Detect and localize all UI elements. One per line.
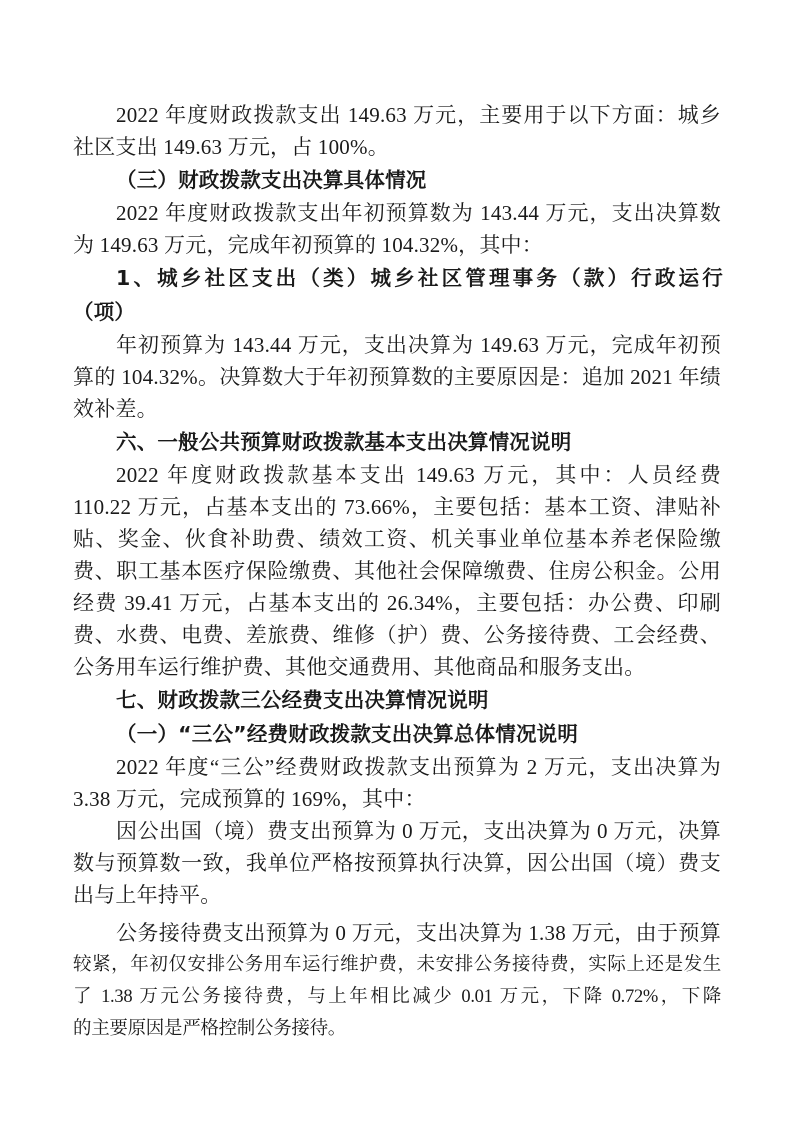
section-heading-urban-rural-admin: 1、城乡社区支出（类）城乡社区管理事务（款）行政运行 （项） xyxy=(73,261,721,329)
text-line: 110.22 万元，占基本支出的 73.66%，主要包括：基本工资、津贴补 xyxy=(73,491,721,523)
paragraph-budget-completion: 2022 年度财政拨款支出年初预算数为 143.44 万元，支出决算数 为 14… xyxy=(73,197,721,261)
section-heading-fiscal-details: （三）财政拨款支出决算具体情况 xyxy=(73,163,721,197)
text-line: 算的 104.32%。决算数大于年初预算数的主要原因是：追加 2021 年绩 xyxy=(73,361,721,393)
subsection-heading-three-public-overall: （一）“三公”经费财政拨款支出决算总体情况说明 xyxy=(73,717,721,751)
heading-line: （项） xyxy=(73,295,721,329)
text-line: 2022 年度财政拨款基本支出 149.63 万元，其中：人员经费 xyxy=(73,459,721,491)
section-heading-basic-expenditure: 六、一般公共预算财政拨款基本支出决算情况说明 xyxy=(73,425,721,459)
text-line: 贴、奖金、伙食补助费、绩效工资、机关事业单位基本养老保险缴 xyxy=(73,523,721,555)
text-line: 较紧，年初仅安排公务用车运行维护费，未安排公务接待费，实际上还是发生 xyxy=(73,949,721,981)
heading-line: 1、城乡社区支出（类）城乡社区管理事务（款）行政运行 xyxy=(73,261,721,295)
paragraph-expenditure-summary: 2022 年度财政拨款支出 149.63 万元，主要用于以下方面：城乡 社区支出… xyxy=(73,99,721,163)
text-line: 2022 年度财政拨款支出年初预算数为 143.44 万元，支出决算数 xyxy=(73,197,721,229)
text-line: 的主要原因是严格控制公务接待。 xyxy=(73,1013,721,1045)
paragraph-three-public-overall: 2022 年度“三公”经费财政拨款支出预算为 2 万元，支出决算为 3.38 万… xyxy=(73,751,721,815)
paragraph-basic-expenditure: 2022 年度财政拨款基本支出 149.63 万元，其中：人员经费 110.22… xyxy=(73,459,721,683)
text-line: 为 149.63 万元，完成年初预算的 104.32%，其中： xyxy=(73,229,721,261)
text-line: 费、水费、电费、差旅费、维修（护）费、公务接待费、工会经费、 xyxy=(73,619,721,651)
paragraph-overseas-travel: 因公出国（境）费支出预算为 0 万元，支出决算为 0 万元，决算 数与预算数一致… xyxy=(73,815,721,911)
paragraph-official-reception: 公务接待费支出预算为 0 万元，支出决算为 1.38 万元，由于预算 较紧，年初… xyxy=(73,917,721,1045)
section-heading-three-public: 七、财政拨款三公经费支出决算情况说明 xyxy=(73,683,721,717)
text-line: 因公出国（境）费支出预算为 0 万元，支出决算为 0 万元，决算 xyxy=(73,815,721,847)
text-line: 数与预算数一致，我单位严格按预算执行决算，因公出国（境）费支 xyxy=(73,847,721,879)
text-line: 出与上年持平。 xyxy=(73,879,721,911)
text-line: 效补差。 xyxy=(73,393,721,425)
paragraph-admin-operation: 年初预算为 143.44 万元，支出决算为 149.63 万元，完成年初预 算的… xyxy=(73,329,721,425)
text-line: 3.38 万元，完成预算的 169%，其中： xyxy=(73,783,721,815)
text-line: 公务用车运行维护费、其他交通费用、其他商品和服务支出。 xyxy=(73,651,721,683)
text-line: 年初预算为 143.44 万元，支出决算为 149.63 万元，完成年初预 xyxy=(73,329,721,361)
document-page: 2022 年度财政拨款支出 149.63 万元，主要用于以下方面：城乡 社区支出… xyxy=(73,99,721,1045)
text-line: 社区支出 149.63 万元，占 100%。 xyxy=(73,131,721,163)
text-line: 费、职工基本医疗保险缴费、其他社会保障缴费、住房公积金。公用 xyxy=(73,555,721,587)
text-line: 2022 年度财政拨款支出 149.63 万元，主要用于以下方面：城乡 xyxy=(73,99,721,131)
text-line: 公务接待费支出预算为 0 万元，支出决算为 1.38 万元，由于预算 xyxy=(73,917,721,949)
text-line: 经费 39.41 万元，占基本支出的 26.34%，主要包括：办公费、印刷 xyxy=(73,587,721,619)
text-line: 2022 年度“三公”经费财政拨款支出预算为 2 万元，支出决算为 xyxy=(73,751,721,783)
text-line: 了 1.38 万元公务接待费，与上年相比减少 0.01 万元，下降 0.72%，… xyxy=(73,981,721,1013)
